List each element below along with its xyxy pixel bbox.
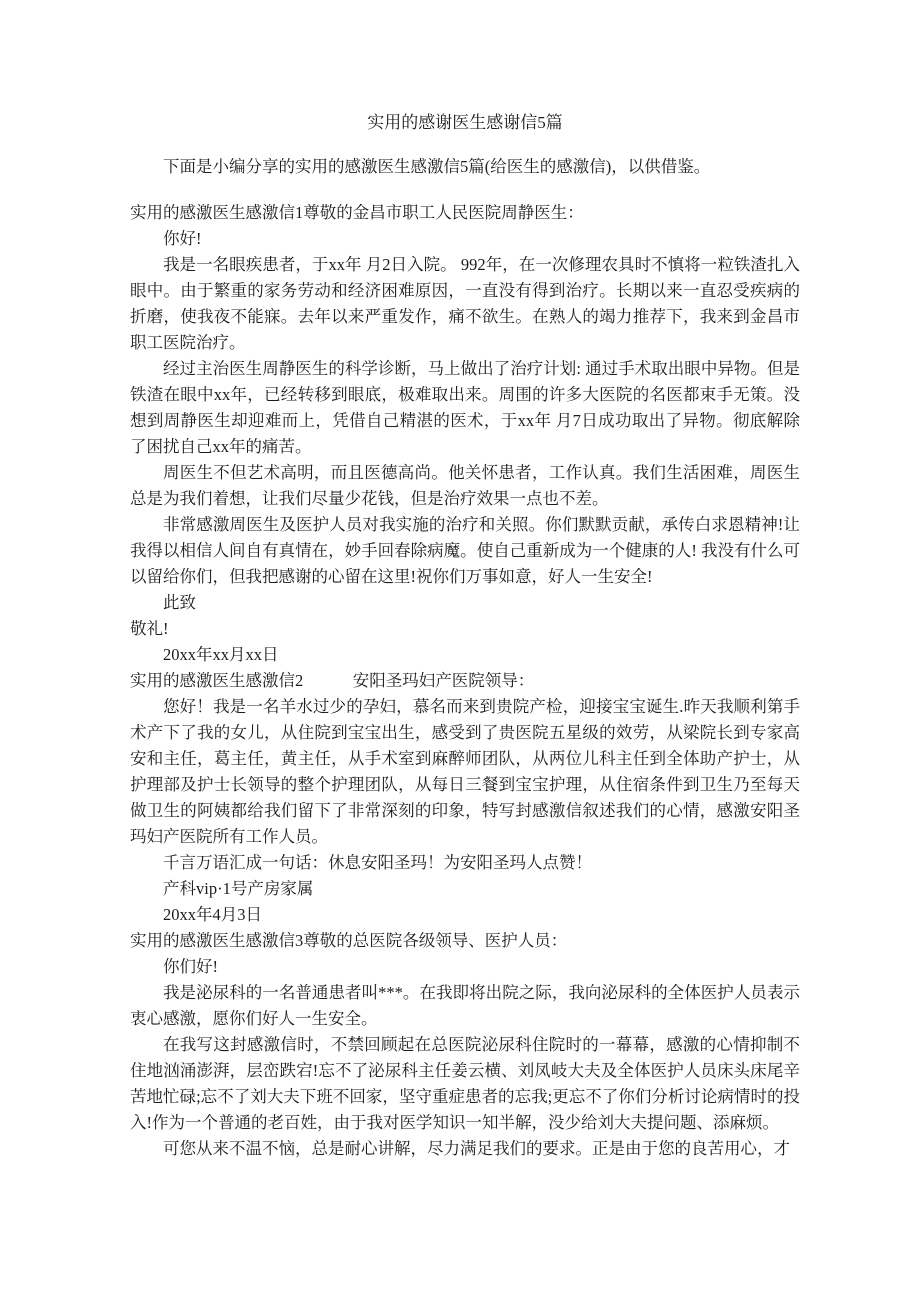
paragraph: 20xx年xx月xx日 — [130, 642, 800, 668]
paragraph: 20xx年4月3日 — [130, 902, 800, 928]
section-heading: 实用的感激医生感激信1尊敬的金昌市职工人民医院周静医生： — [130, 200, 800, 226]
paragraph: 你好! — [130, 226, 800, 252]
intro-paragraph: 下面是小编分享的实用的感激医生感激信5篇(给医生的感激信)，以供借鉴。 — [130, 154, 800, 180]
paragraph: 周医生不但艺术高明，而且医德高尚。他关怀患者，工作认真。我们生活困难，周医生总是… — [130, 460, 800, 512]
paragraph: 经过主治医生周静医生的科学诊断，马上做出了治疗计划: 通过手术取出眼中异物。但是… — [130, 356, 800, 460]
paragraph: 产科vip·1号产房家属 — [130, 876, 800, 902]
paragraph: 敬礼! — [130, 616, 800, 642]
paragraph: 我是一名眼疾患者，于xx年 月2日入院。 992年，在一次修理农具时不慎将一粒铁… — [130, 252, 800, 356]
paragraph: 您好！我是一名羊水过少的孕妇，慕名而来到贵院产检，迎接宝宝诞生.昨天我顺利第手术… — [130, 694, 800, 850]
section-heading: 实用的感激医生感激信2 安阳圣玛妇产医院领导： — [130, 668, 800, 694]
paragraph: 在我写这封感激信时，不禁回顾起在总医院泌尿科住院时的一幕幕，感激的心情抑制不住地… — [130, 1032, 800, 1136]
section-heading: 实用的感激医生感激信3尊敬的总医院各级领导、医护人员： — [130, 928, 800, 954]
paragraph: 可您从来不温不恼，总是耐心讲解，尽力满足我们的要求。正是由于您的良苦用心，才 — [130, 1136, 800, 1162]
paragraph: 我是泌尿科的一名普通患者叫***。在我即将出院之际，我向泌尿科的全体医护人员表示… — [130, 980, 800, 1032]
paragraph: 千言万语汇成一句话：休息安阳圣玛！为安阳圣玛人点赞！ — [130, 850, 800, 876]
document-page: 实用的感谢医生感谢信5篇 下面是小编分享的实用的感激医生感激信5篇(给医生的感激… — [0, 0, 920, 1302]
paragraph-list: 实用的感激医生感激信1尊敬的金昌市职工人民医院周静医生：你好!我是一名眼疾患者，… — [130, 200, 800, 1162]
page-title: 实用的感谢医生感谢信5篇 — [130, 110, 800, 136]
paragraph: 非常感激周医生及医护人员对我实施的治疗和关照。你们默默贡献，承传白求恩精神!让我… — [130, 512, 800, 590]
paragraph: 你们好! — [130, 954, 800, 980]
paragraph: 此致 — [130, 590, 800, 616]
document-body: 实用的感谢医生感谢信5篇 下面是小编分享的实用的感激医生感激信5篇(给医生的感激… — [130, 110, 800, 1162]
